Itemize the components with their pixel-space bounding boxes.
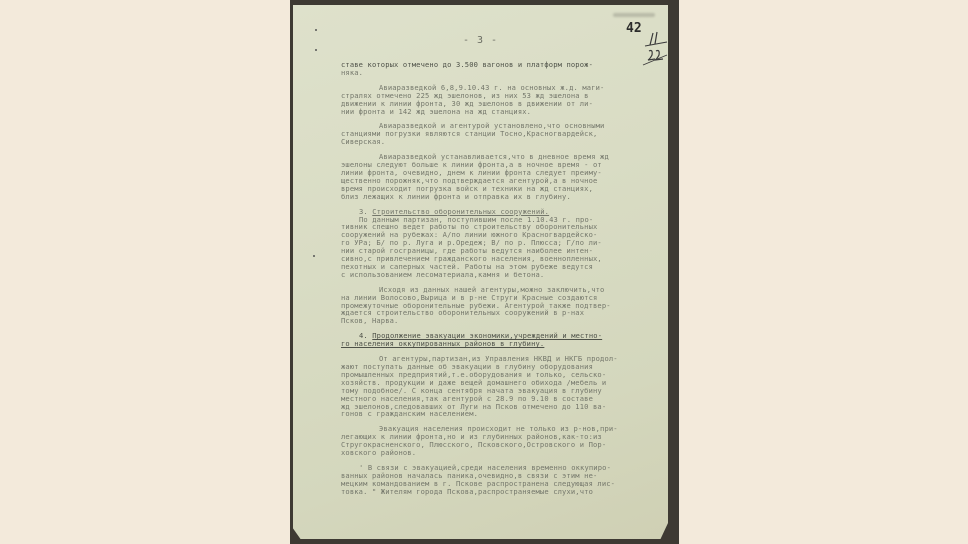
text-line: ховского районов. — [341, 449, 641, 457]
section-title: го населения оккупированных районов в гл… — [341, 340, 641, 348]
text-line: с использованием лесоматериала,камня и б… — [341, 271, 641, 279]
punch-mark — [315, 29, 317, 31]
document-frame: 42 - 3 - ставе которых отмечено до 3.500… — [290, 0, 679, 544]
punch-mark — [313, 255, 315, 257]
text-line: Псков, Нарва. — [341, 317, 641, 325]
paragraph: Авиаразведкой 6,8,9.10.43 г. на основных… — [341, 84, 641, 116]
text-line: близ лежащих к линии фронта и отправка и… — [341, 193, 641, 201]
section-4: 4. Продолжение эвакуации экономики,учреж… — [341, 332, 641, 348]
page-number: - 3 - — [293, 35, 668, 46]
text-line: товка. " Жителям города Пскова,распростр… — [341, 488, 641, 496]
paragraph: ставе которых отмечено до 3.500 вагонов … — [341, 61, 641, 77]
paragraph: Исходя из данных нашей агентуры,можно за… — [341, 286, 641, 326]
text-line: няка. — [341, 69, 641, 77]
text-line: Сиверская. — [341, 138, 641, 146]
text-line: гонов с гражданским населением. — [341, 410, 641, 418]
paragraph: Авиаразведкой устанавливается,что в днев… — [341, 153, 641, 200]
punch-mark — [315, 49, 317, 51]
paragraph: От агентуры,партизан,из Управления НКВД … — [341, 355, 641, 418]
section-3: 3. Строительство оборонительных сооружен… — [341, 208, 641, 279]
paragraph: Авиаразведкой и агентурой установлено,чт… — [341, 122, 641, 146]
pencil-smudge — [613, 13, 655, 17]
text-line: станциями погрузки являются станции Тосн… — [341, 130, 641, 138]
paragraph: ' В связи с эвакуацией,среди населения в… — [341, 464, 641, 496]
folio-number: 42 — [626, 21, 642, 36]
document-body: ставе которых отмечено до 3.500 вагонов … — [341, 61, 641, 503]
paragraph: Эвакуация населения происходит не только… — [341, 425, 641, 457]
document-page: 42 - 3 - ставе которых отмечено до 3.500… — [293, 5, 668, 539]
text-line: нии фронта и 142 жд эшелона на жд станци… — [341, 108, 641, 116]
text-line: ставе которых отмечено до 3.500 вагонов … — [341, 61, 641, 69]
